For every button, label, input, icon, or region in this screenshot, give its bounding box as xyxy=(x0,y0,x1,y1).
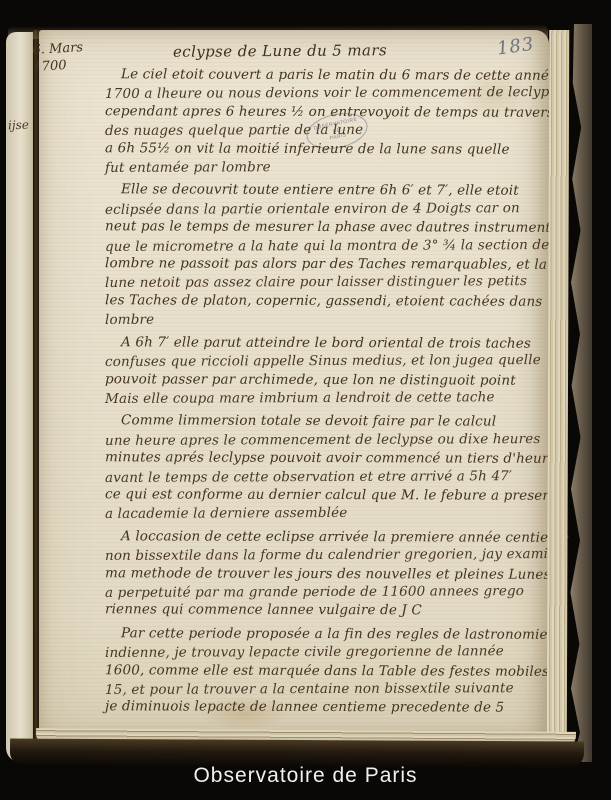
photo-background: ijse 183 6. Mars 1700 eclypse de Lune du… xyxy=(0,0,611,800)
manuscript-line: ce qui est conforme au dernier calcul qu… xyxy=(105,485,551,505)
manuscript-paragraph: Comme limmersion totale se devoit faire … xyxy=(105,412,551,522)
manuscript-line: Comme limmersion totale se devoit faire … xyxy=(105,412,551,432)
manuscript-line: neut pas le temps de mesurer la phase av… xyxy=(105,217,551,237)
manuscript-line: les Taches de platon, copernic, gassendi… xyxy=(105,291,551,311)
manuscript-line: 15, et pour la trouver a la centaine non… xyxy=(105,679,551,699)
caption-text: Observatoire de Paris xyxy=(0,764,611,788)
manuscript-line: fut entamée par lombre xyxy=(105,157,551,177)
manuscript-paragraph: A 6h 7′ elle parut atteindre le bord ori… xyxy=(105,334,551,408)
manuscript-line: riennes qui commence lannee vulgaire de … xyxy=(105,601,551,621)
edge-text-fragment: ijse xyxy=(8,118,29,133)
page-title: eclypse de Lune du 5 mars xyxy=(25,40,535,62)
manuscript-line: A 6h 7′ elle parut atteindre le bord ori… xyxy=(105,333,551,353)
manuscript-line: avant le temps de cette observation et e… xyxy=(105,467,551,487)
left-page-sliver: ijse xyxy=(6,32,33,762)
manuscript-line: a 6h 55½ on vit la moitié inferieure de … xyxy=(105,139,551,159)
manuscript-line: Elle se decouvrit toute entiere entre 6h… xyxy=(105,181,551,201)
manuscript-line: minutes aprés leclypse pouvoit avoir com… xyxy=(105,448,551,468)
book: ijse 183 6. Mars 1700 eclypse de Lune du… xyxy=(6,24,592,766)
manuscript-line: eclipsée dans la partie orientale enviro… xyxy=(105,199,551,219)
manuscript-line: Mais elle coupa mare imbrium a lendroit … xyxy=(105,388,551,408)
manuscript-line: pouvoit passer par archimede, que lon ne… xyxy=(105,370,551,390)
manuscript-paragraph: A loccasion de cette eclipse arrivée la … xyxy=(105,528,551,620)
manuscript-line: une heure apres le commencement de lecly… xyxy=(105,430,551,450)
manuscript-text: Le ciel etoit couvert a paris le matin d… xyxy=(105,66,551,722)
manuscript-line: indienne, je trouvay lepacte civile greg… xyxy=(105,642,551,662)
manuscript-line: lombre xyxy=(105,309,551,329)
manuscript-line: ma methode de trouver les jours des nouv… xyxy=(105,564,551,584)
manuscript-line: 1700 a lheure ou nous devions voir le co… xyxy=(105,83,551,103)
manuscript-line: Le ciel etoit couvert a paris le matin d… xyxy=(105,65,551,85)
manuscript-line: lombre ne passoit pas alors par des Tach… xyxy=(105,254,551,274)
manuscript-paragraph: Le ciel etoit couvert a paris le matin d… xyxy=(105,66,551,176)
manuscript-line: Par cette periode proposée a la fin des … xyxy=(105,624,551,644)
manuscript-line: confuses que riccioli appelle Sinus medi… xyxy=(105,351,551,371)
right-page-edges xyxy=(547,30,570,752)
manuscript-line: que le micrometre a la hate qui la montr… xyxy=(105,236,551,256)
manuscript-page: 183 6. Mars 1700 eclypse de Lune du 5 ma… xyxy=(39,30,549,746)
manuscript-line: a lacademie la derniere assemblée xyxy=(105,503,551,523)
manuscript-line: cependant apres 6 heures ½ on entrevoyoi… xyxy=(105,102,551,122)
manuscript-line: a perpetuité par ma grande periode de 11… xyxy=(105,582,551,602)
manuscript-line: 1600, comme elle est marquée dans la Tab… xyxy=(105,661,551,681)
manuscript-paragraph: Elle se decouvrit toute entiere entre 6h… xyxy=(105,181,551,328)
manuscript-line: non bissextile dans la forme du calendri… xyxy=(105,545,551,565)
manuscript-line: des nuages quelque partie de la lune xyxy=(105,120,551,140)
manuscript-line: je diminuois lepacte de lannee centieme … xyxy=(105,698,551,718)
manuscript-paragraph: Par cette periode proposée a la fin des … xyxy=(105,625,551,717)
manuscript-line: lune netoit pas assez claire pour laisse… xyxy=(105,272,551,292)
manuscript-line: A loccasion de cette eclipse arrivée la … xyxy=(105,527,551,547)
